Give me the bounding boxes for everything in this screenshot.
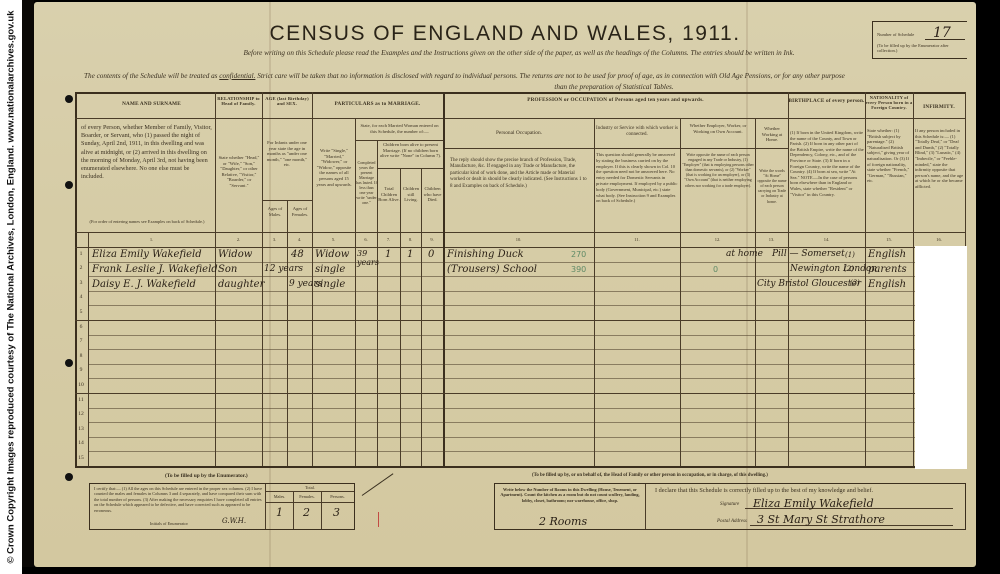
punch-hole — [65, 95, 73, 103]
totals-header-females: Females. — [293, 494, 321, 499]
description-relationship: State whether "Head," or "Wife," "Son," … — [217, 155, 261, 189]
description-children-living: Children still Living. — [401, 186, 421, 203]
column-number: 5. — [312, 237, 355, 242]
initials-value: G.W.H. — [222, 517, 246, 525]
person-age-male: 12 years — [264, 264, 303, 274]
rule — [75, 92, 77, 466]
rule — [755, 118, 756, 466]
person-relationship: Widow — [218, 249, 252, 260]
totals-header-persons: Persons. — [321, 494, 354, 499]
rule — [645, 484, 646, 529]
header-nationality: NATIONALITY of every Person born in a Fo… — [865, 95, 913, 110]
rule — [75, 247, 965, 248]
person-marital: single — [315, 279, 345, 290]
row-number: 12 — [75, 411, 87, 417]
column-number: 7. — [377, 237, 400, 242]
person-name: Daisy E. J. Wakefield — [92, 279, 196, 290]
employer-code: 0 — [713, 265, 718, 274]
header-birthplace: BIRTHPLACE of every person. — [788, 98, 865, 104]
rule — [680, 148, 788, 149]
person-birthplace: Pill — Somerset — [772, 249, 845, 259]
person-nationality: English — [868, 279, 906, 290]
person-relationship: Son — [218, 264, 237, 275]
person-at-home: at home — [726, 249, 763, 259]
punch-hole — [65, 473, 73, 481]
description-personal-occupation: The reply should show the precise branch… — [450, 158, 590, 190]
rule — [321, 491, 322, 529]
rule — [355, 140, 443, 141]
subheader-married-women: State, for each Married Woman entered on… — [357, 123, 442, 134]
description-name: of every Person, whether Member of Famil… — [81, 124, 213, 181]
column-number: 1. — [88, 237, 215, 242]
person-marital: Widow — [315, 249, 349, 260]
birthplace-code: (2) — [844, 265, 854, 273]
header-relationship: RELATIONSHIP to Head of Family. — [215, 96, 262, 106]
rule — [75, 92, 966, 94]
header-age: AGE (last Birthday) and SEX. — [262, 96, 312, 106]
column-number: 13. — [755, 237, 788, 242]
description-children-died: Children who have Died. — [422, 186, 443, 203]
rule — [865, 92, 866, 466]
subheader-at-home: Whether Working at Home. — [757, 126, 787, 143]
column-number: 2. — [215, 237, 262, 242]
row-rule — [88, 349, 965, 350]
description-employer: Write opposite the name of each person e… — [682, 152, 754, 188]
head-of-family-box: Write below the Number of Rooms in this … — [494, 483, 966, 530]
row-number: 8 — [75, 353, 87, 359]
enumerator-box: I certify that:— (1) All the ages on thi… — [89, 483, 355, 530]
person-birthplace: Newington London — [790, 264, 877, 274]
column-number: 11. — [594, 237, 680, 242]
person-marital: single — [315, 264, 345, 275]
rule — [266, 491, 354, 492]
column-number: 8. — [400, 237, 421, 242]
row-number: 14 — [75, 440, 87, 446]
description-name-note: (For order of entering names see Example… — [81, 219, 213, 225]
row-number: 2 — [75, 265, 87, 271]
person-nationality: parents — [868, 264, 907, 275]
birthplace-code: (3) — [850, 279, 860, 287]
description-age: For Infants under one year state the age… — [264, 140, 310, 168]
totals-label: Total. — [266, 485, 354, 490]
row-rule — [88, 378, 965, 379]
person-age-female: 48 — [291, 249, 304, 260]
header-name: NAME AND SURNAME — [88, 101, 215, 107]
row-rule — [88, 305, 965, 306]
row-number: 4 — [75, 294, 87, 300]
row-number: 13 — [75, 426, 87, 432]
rule — [215, 92, 216, 466]
column-number: 6. — [355, 237, 377, 242]
description-industry: This question should generally be answer… — [596, 152, 678, 204]
column-number: 4. — [287, 237, 312, 242]
column-number: 12. — [680, 237, 755, 242]
row-rule — [88, 408, 965, 409]
rule — [913, 92, 914, 466]
person-name: Eliza Emily Wakefield — [92, 249, 202, 260]
punch-hole — [65, 181, 73, 189]
rooms-instructions: Write below the Number of Rooms in this … — [499, 487, 641, 503]
rule — [680, 118, 681, 466]
birthplace-code: (1) — [845, 251, 855, 259]
person-occupation: Finishing Duck — [447, 249, 524, 260]
row-rule — [88, 291, 965, 292]
description-infirmity: If any person included in this Schedule … — [915, 128, 964, 190]
head-of-family-caption: (To be filled up by, or on behalf of, th… — [532, 473, 768, 478]
row-number: 3 — [75, 280, 87, 286]
scan-border-bottom — [22, 567, 1000, 574]
red-mark — [378, 512, 379, 527]
rule — [594, 118, 595, 466]
row-rule — [88, 364, 965, 365]
person-name: Frank Leslie J. Wakefield — [92, 264, 218, 275]
address-value: 3 St Mary St Strathore — [757, 513, 885, 526]
rule — [293, 491, 294, 529]
column-number: 16. — [913, 237, 965, 242]
row-number: 10 — [75, 382, 87, 388]
rooms-value: 2 Rooms — [539, 515, 587, 528]
totals-header-males: Males. — [266, 494, 293, 499]
total-males: 1 — [276, 506, 283, 519]
description-birthplace: (1) If born in the United Kingdom, write… — [790, 130, 864, 197]
description-marital: Write "Single," "Married," "Widower," or… — [314, 148, 354, 187]
row-rule — [88, 422, 965, 423]
person-occupation: (Trousers) School — [447, 264, 537, 275]
row-number: 5 — [75, 309, 87, 315]
row-number: 1 — [75, 251, 87, 257]
rule — [75, 118, 965, 119]
description-total-children: Total Children Born Alive. — [378, 186, 400, 203]
row-rule-bold — [75, 393, 965, 394]
subheader-children-born: Children born alive to present Marriage.… — [379, 142, 442, 159]
total-females: 2 — [303, 506, 310, 519]
subheader-industry: Industry or Service with which worker is… — [596, 126, 678, 137]
signature-value: Eliza Emily Wakefield — [753, 497, 874, 510]
person-relationship: daughter — [218, 279, 264, 290]
subheader-employer: Whether Employer, Worker, or Working on … — [682, 123, 754, 134]
occupation-code: 270 — [571, 250, 586, 259]
row-number: 9 — [75, 367, 87, 373]
row-rule — [88, 262, 965, 263]
row-rule — [88, 276, 965, 277]
row-number: 7 — [75, 338, 87, 344]
subheader-ages-females: Ages of Females. — [288, 206, 312, 217]
occupation-code: 390 — [571, 265, 586, 274]
column-number: 15. — [865, 237, 913, 242]
person-years-married: 39 years — [357, 249, 377, 267]
enumerator-certification: I certify that:— (1) All the ages on thi… — [94, 486, 262, 513]
column-number: 14. — [788, 237, 865, 242]
rule — [75, 232, 965, 233]
row-rule — [88, 451, 965, 452]
row-number: 11 — [75, 397, 87, 403]
rule — [75, 466, 966, 468]
punch-hole — [65, 359, 73, 367]
initials-label: Initials of Enumerator — [150, 521, 188, 526]
signature-label: Signature — [720, 502, 739, 507]
column-number: 3. — [262, 237, 287, 242]
declaration-text: I declare that this Schedule is correctl… — [655, 487, 873, 494]
row-rule-bold — [75, 320, 965, 321]
scan-border-right — [976, 0, 1000, 574]
total-persons: 3 — [333, 506, 340, 519]
description-at-home: Write the words "At Home" opposite the n… — [757, 168, 787, 204]
redacted-area — [915, 246, 967, 469]
person-birthplace: City Bristol Gloucester — [757, 279, 861, 289]
header-infirmity: INFIRMITY. — [913, 104, 965, 110]
column-number: 9. — [421, 237, 443, 242]
subheader-personal-occupation: Personal Occupation. — [445, 131, 593, 137]
row-rule — [88, 437, 965, 438]
person-nationality: English — [868, 249, 906, 260]
person-total-children: 1 — [385, 249, 391, 260]
subheader-ages-males: Ages of Males. — [263, 206, 287, 217]
rule — [266, 502, 354, 503]
header-occupation: PROFESSION or OCCUPATION of Persons aged… — [443, 97, 788, 103]
rule — [443, 92, 445, 466]
column-number: 10. — [443, 237, 594, 242]
person-children-died: 0 — [428, 249, 434, 260]
rule — [377, 168, 443, 169]
person-children-living: 1 — [407, 249, 413, 260]
address-label: Postal Address — [717, 519, 747, 524]
description-nationality: State whether: (1) "British subject by p… — [867, 128, 912, 184]
row-number: 15 — [75, 455, 87, 461]
enumerator-caption: (To be filled up by the Enumerator.) — [165, 473, 248, 479]
description-years-married: Completed years the present Marriage has… — [356, 160, 377, 205]
row-rule — [88, 335, 965, 336]
row-number: 6 — [75, 324, 87, 330]
header-marriage: PARTICULARS as to MARRIAGE. — [312, 101, 443, 107]
